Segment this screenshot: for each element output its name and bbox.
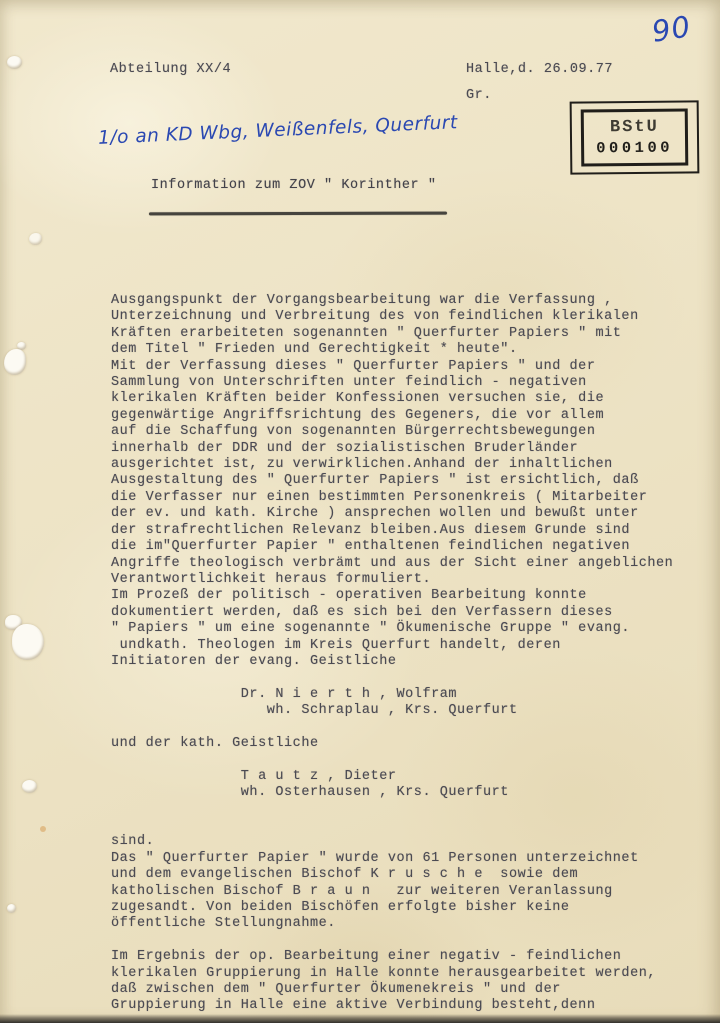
text-line: ausgerichtet ist, zu verwirklichen.Anhan… bbox=[111, 457, 673, 473]
text-line bbox=[111, 933, 673, 949]
text-line: Kräften erarbeiteten sogenannten " Querf… bbox=[111, 326, 673, 342]
text-line: öffentliche Stellungnahme. bbox=[111, 916, 673, 932]
text-line: gegenwärtige Angriffsrichtung des Gegene… bbox=[111, 408, 673, 424]
text-line: die Verfasser nur einen bestimmten Perso… bbox=[111, 490, 673, 506]
scan-bottom-shadow bbox=[0, 1014, 720, 1023]
text-line: klerikalen Gruppierung in Halle konnte h… bbox=[111, 966, 673, 982]
paper-stain bbox=[40, 826, 46, 832]
stamp-serial-number: 000100 bbox=[596, 139, 673, 158]
paper-hole bbox=[12, 624, 44, 660]
paper-hole bbox=[22, 780, 37, 793]
text-line: die im"Querfurter Papier " enthaltenen f… bbox=[111, 539, 673, 555]
document-title: Information zum ZOV " Korinther " bbox=[151, 178, 437, 193]
paper-hole bbox=[29, 233, 42, 245]
paper-hole bbox=[4, 349, 26, 375]
text-line: innerhalb der DDR und der sozialistische… bbox=[111, 441, 673, 457]
paper-hole bbox=[7, 56, 22, 69]
text-line: daß zwischen dem " Querfurter Ökumenekre… bbox=[111, 982, 673, 998]
stamp-org-label: BStU bbox=[610, 118, 659, 138]
text-line: Sammlung von Unterschriften unter feindl… bbox=[111, 375, 673, 391]
text-line: " Papiers " um eine sogenannte " Ökumeni… bbox=[111, 621, 673, 637]
place-date-line: Halle,d. 26.09.77 bbox=[466, 62, 613, 77]
text-line: und der kath. Geistliche bbox=[111, 736, 673, 752]
text-line: Initiatoren der evang. Geistliche bbox=[111, 654, 673, 670]
text-line bbox=[111, 720, 673, 736]
text-line: wh. Osterhausen , Krs. Querfurt bbox=[111, 785, 673, 801]
text-line: Das " Querfurter Papier " wurde von 61 P… bbox=[111, 851, 673, 867]
text-line: Im Ergebnis der op. Bearbeitung einer ne… bbox=[111, 949, 673, 965]
handwritten-distribution-note: 1/o an KD Wbg, Weißenfels, Querfurt bbox=[98, 112, 458, 149]
text-line: undkath. Theologen im Kreis Querfurt han… bbox=[111, 638, 673, 654]
text-line bbox=[111, 802, 673, 818]
bstu-archive-stamp: BStU 000100 bbox=[570, 100, 700, 174]
text-line: der strafrechtlichen Relevanz bleiben.Au… bbox=[111, 523, 673, 539]
text-line: Angriffe theologisch verbrämt und aus de… bbox=[111, 556, 673, 572]
text-line: Verantwortlichkeit heraus formuliert. bbox=[111, 572, 673, 588]
document-page: 90 Abteilung XX/4 Halle,d. 26.09.77 Gr. … bbox=[0, 0, 720, 1023]
text-line: T a u t z , Dieter bbox=[111, 769, 673, 785]
text-line: klerikalen Kräften beider Konfessionen v… bbox=[111, 391, 673, 407]
text-line: Ausgestaltung des " Querfurter Papiers "… bbox=[111, 473, 673, 489]
text-line: sind. bbox=[111, 834, 673, 850]
text-line: dokumentiert werden, daß es sich bei den… bbox=[111, 605, 673, 621]
stamp-inner-frame: BStU 000100 bbox=[581, 108, 689, 166]
handwritten-page-number: 90 bbox=[650, 9, 694, 49]
title-underline bbox=[149, 212, 447, 216]
text-line bbox=[111, 670, 673, 686]
paper-hole bbox=[7, 904, 16, 913]
text-line: Ausgangspunkt der Vorgangsbearbeitung wa… bbox=[111, 293, 673, 309]
initials-line: Gr. bbox=[466, 88, 492, 103]
text-line: katholischen Bischof B r a u n zur weite… bbox=[111, 884, 673, 900]
department-line: Abteilung XX/4 bbox=[110, 62, 231, 77]
text-line: Gruppierung in Halle eine aktive Verbind… bbox=[111, 998, 673, 1014]
text-line: auf die Schaffung von sogenannten Bürger… bbox=[111, 424, 673, 440]
text-line: Mit der Verfassung dieses " Querfurter P… bbox=[111, 359, 673, 375]
document-body: Ausgangspunkt der Vorgangsbearbeitung wa… bbox=[111, 293, 673, 1015]
text-line: Im Prozeß der politisch - operativen Bea… bbox=[111, 588, 673, 604]
text-line bbox=[111, 818, 673, 834]
text-line: Unterzeichnung und Verbreitung des von f… bbox=[111, 309, 673, 325]
text-line: zugesandt. Von beiden Bischöfen erfolgte… bbox=[111, 900, 673, 916]
text-line: der ev. und kath. Kirche ) ansprechen wo… bbox=[111, 506, 673, 522]
text-line: und dem evangelischen Bischof K r u s c … bbox=[111, 867, 673, 883]
text-line: wh. Schraplau , Krs. Querfurt bbox=[111, 703, 673, 719]
text-line bbox=[111, 752, 673, 768]
text-line: Dr. N i e r t h , Wolfram bbox=[111, 687, 673, 703]
text-line: dem Titel " Frieden und Gerechtigkeit * … bbox=[111, 342, 673, 358]
